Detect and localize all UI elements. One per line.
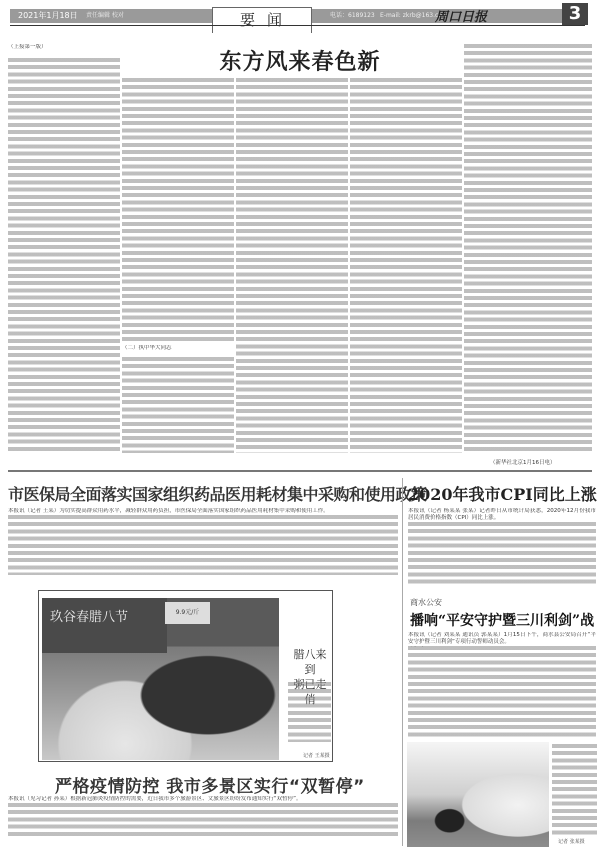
issue-date: 2021年1月18日: [18, 10, 78, 22]
price-tag: 9.9元/斤: [165, 602, 210, 624]
policy-story-body: 本报讯（记者 王某）为切实提高群众用药水平，减轻群众用药负担，市医保局全面落实国…: [8, 508, 398, 584]
main-story-column-3: [236, 78, 348, 453]
lion-dance-photo: [407, 742, 549, 847]
police-kicker: 商水公安: [410, 597, 442, 608]
continued-note: （上接第一版）: [8, 44, 120, 58]
main-story-column-1: [8, 58, 120, 453]
paper-logo: 周口日报: [435, 6, 487, 25]
section-divider: [8, 470, 592, 472]
column-divider: [402, 478, 403, 846]
masthead-rule: [10, 25, 585, 26]
policy-lead: 本报讯（记者 王某）为切实提高群众用药水平，减轻群众用药负担，市医保局全面落实国…: [8, 508, 398, 515]
phone-info: 电话：6189123: [330, 10, 375, 22]
subhead-text: （二）执中华大同志: [122, 345, 234, 352]
editor-info: 责任编辑 校对: [86, 10, 124, 22]
covid-headline: 严格疫情防控 我市多景区实行“双暂停”: [55, 772, 365, 797]
main-story-column-5: [464, 44, 592, 454]
photo-caption-text: [288, 682, 331, 742]
main-story-subhead: （二）执中华大同志: [122, 345, 234, 355]
policy-headline: 市医保局全面落实国家组织药品医用耗材集中采购和使用政策: [8, 482, 427, 505]
cpi-story-body: 本报讯（记者 杨某某 张某）记者昨日从市统计局获悉，2020年12月份我市居民消…: [408, 508, 596, 588]
main-story-column-4: [350, 78, 462, 453]
main-headline: 东方风来春色新: [150, 45, 450, 76]
section-title: 要闻: [212, 7, 312, 33]
police-story-body: 本报讯（记者 刘某某 通讯员 郭某某）1月15日下午，商水县公安局召开“平安守护…: [408, 632, 596, 740]
continued-from-label: （上接第一版）: [8, 44, 120, 51]
police-lead: 本报讯（记者 刘某某 通讯员 郭某某）1月15日下午，商水县公安局召开“平安守护…: [408, 632, 596, 646]
lion-dance-credit: 记者 张某摄: [558, 838, 585, 845]
masthead: 2021年1月18日 责任编辑 校对 电话：6189123 E-mail: zk…: [0, 0, 600, 40]
page-number: 3: [562, 3, 588, 25]
main-story-dateline: （新华社北京1月16日电）: [490, 458, 556, 466]
main-story-column-2b: [122, 357, 234, 453]
lion-dance-caption: [552, 744, 597, 836]
caption-title-line-1: 腊八来到: [290, 647, 330, 677]
covid-lead: 本报讯（见习记者 孙某）根据新冠肺炎疫情防控的需要，近日我市多个旅游景区、文旅景…: [8, 796, 398, 803]
photo-credit: 记者 王某摄: [303, 752, 330, 759]
cpi-lead: 本报讯（记者 杨某某 张某）记者昨日从市统计局获悉，2020年12月份我市居民消…: [408, 508, 596, 522]
shop-sign: 玖谷春腊八节: [42, 598, 167, 653]
covid-story-body: 本报讯（见习记者 孙某）根据新冠肺炎疫情防控的需要，近日我市多个旅游景区、文旅景…: [8, 796, 398, 846]
main-story-column-2: [122, 78, 234, 343]
